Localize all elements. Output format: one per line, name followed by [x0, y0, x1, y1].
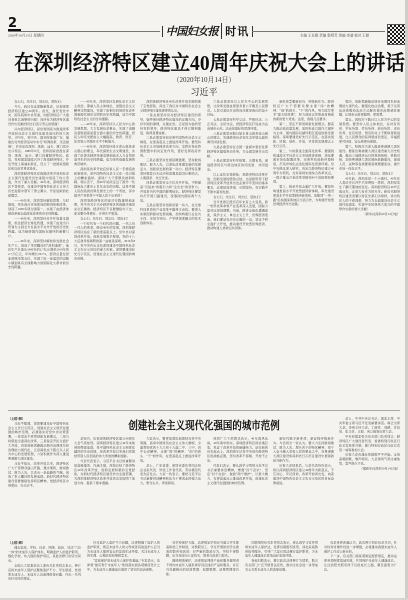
editor-credits: 主编 王长路 责编 张明芳 美编 李凌 校对 王颖 [300, 33, 369, 38]
report-right-column: 会上，中共中央总书记、国家主席、中央军委主席习近平发表重要讲话。韩正出席大会。李… [339, 417, 400, 537]
speech-headline: 在深圳经济特区建立40周年庆祝大会上的讲话 [14, 47, 393, 77]
bottom-column-1: （上接1版）健全家庭、学校、社会、网络、政府、司法“六位一体”的未成年人保护体系… [8, 541, 81, 599]
bottom-column-3: 在学校保护方面，法律规定学校应当建立学生欺凌防控工作制度，对教职员工、学生开展防… [166, 541, 239, 599]
speech-column-3: 深圳等经济特区40年改革开放实践积累了宝贵经验，深化了我们对中国特色社会主义经济… [140, 100, 201, 406]
newspaper-page: 2 2020年10月15日 星期四 中国妇女报 时讯 主编 王长路 责编 张明芳… [0, 0, 408, 600]
bottom-column-5: 社会各界普遍认为，此次修订回应社会关切，针对性和可操作性进一步增强，必将推动我国… [324, 541, 397, 599]
section-divider [8, 410, 400, 411]
speech-dateline: （2020年10月14日） [0, 75, 408, 85]
header-rule-left [8, 31, 160, 32]
speech-author: 习近平 [0, 85, 408, 98]
speech-column-6: 第四，创新思路推动城市治理体系和治理能力现代化。要强化依法治理，善于运用法治思维… [339, 100, 400, 406]
masthead-logo: 中国妇女报 [166, 23, 219, 39]
header-rule-right [252, 31, 385, 32]
report-column-3: 深圳广大干部群众表示，40年春风化雨，40年春华秋实。深圳经济特区的沧桑巨变，见… [207, 437, 268, 537]
bottom-column-4: 妇联组织有关负责同志表示，将认真学习宣传贯彻未成年人保护法，发挥妇联组织优势，深… [245, 541, 318, 599]
report-column-1: 会场内，庆祝深圳经济特区建立40周年大会气氛热烈。深圳经济特区建立40年来取得的… [74, 437, 135, 537]
speech-column-5: 新形势需要新担当、呼唤新作为。经济特区广大干部群众要永葆“闯”的精神、“创”的劲… [273, 100, 334, 406]
report-headline: 创建社会主义现代化强国的城市范例 [29, 417, 380, 433]
report-column-4: 新时代赋予新使命，新征程呼唤新作为。与会同志一致认为，要大力弘扬敢闯敢试、敢为人… [273, 437, 334, 537]
report-column-2: 大家表示，要更加紧密地团结在党中央周围，高举中国特色社会主义伟大旗帜，全面贯彻党… [140, 437, 201, 537]
report-left-column: （上接1版）习近平强调，深圳要建设好中国特色社会主义先行示范区，创建社会主义现代… [8, 417, 69, 537]
speech-column-2: ——40年来，深圳坚持发展社会主义民主政治，尊重人民主体地位，加强社会主义精神文… [74, 100, 135, 406]
speech-column-1: 女士们，先生们，同志们，朋友们：今天，我们在这里隆重集会，庆祝深圳经济特区建立4… [8, 100, 69, 406]
masthead-tick-left [162, 26, 163, 37]
bottom-column-2: 针对监护人监护不力问题，法律明确了监护人的监护职责，规定未成年人的父母或者其他监… [87, 541, 160, 599]
date-line: 2020年10月15日 星期四 [8, 33, 44, 38]
speech-column-4: 六是必须坚持以人民为中心的发展思想，让改革发展成果更多更公平惠及人民群众。人民对… [207, 100, 268, 406]
masthead: 中国妇女报 时讯 [160, 23, 255, 39]
section-label: 时讯 [221, 23, 249, 39]
